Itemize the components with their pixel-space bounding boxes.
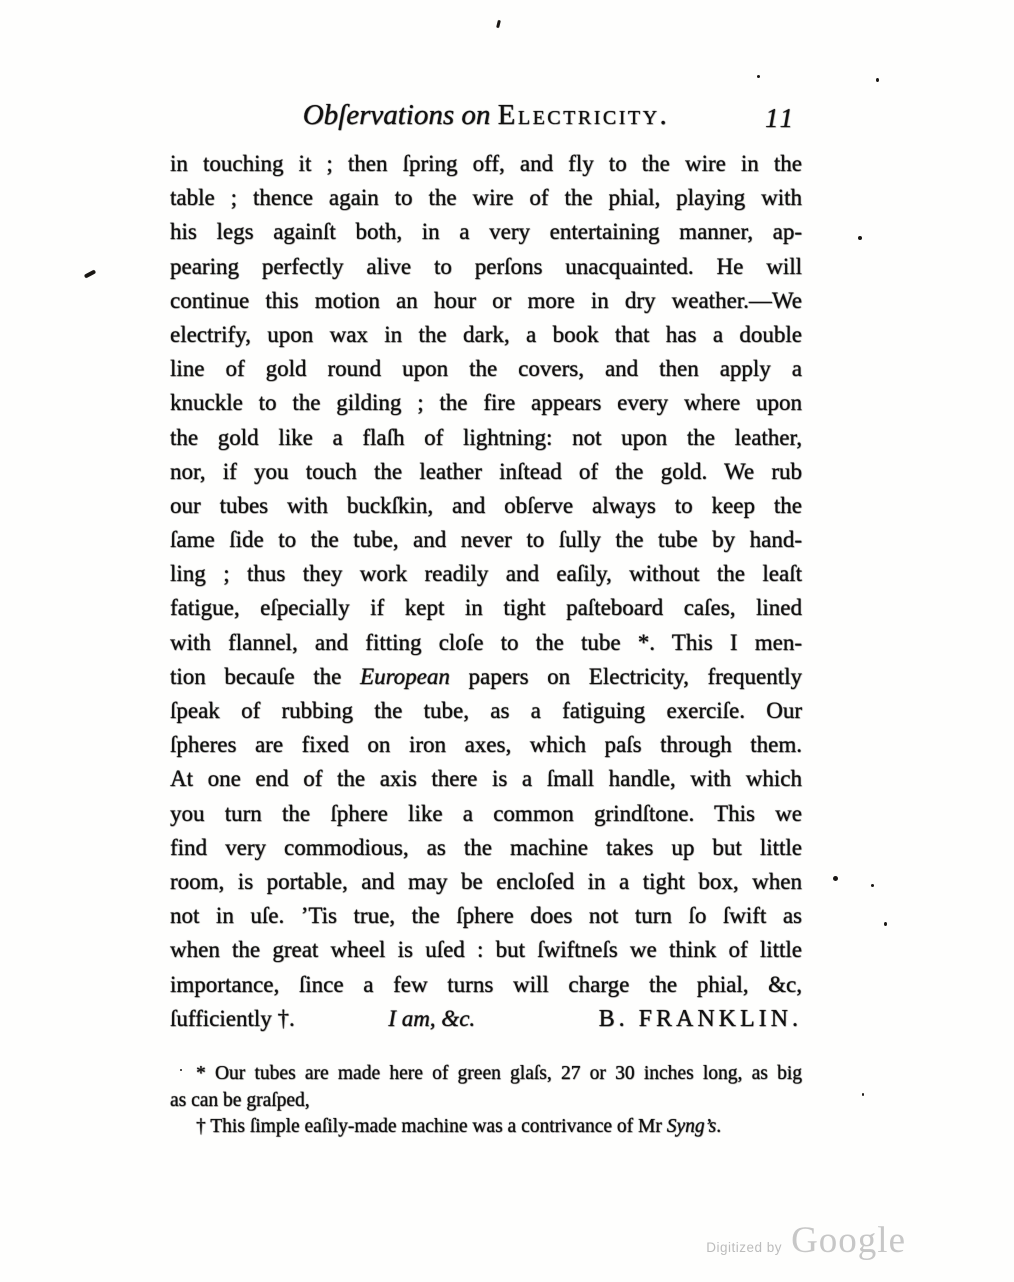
- text-line: ling ; thus they work readily and eaſily…: [170, 557, 802, 591]
- scan-speck: [833, 876, 838, 881]
- text-line: ſpeak of rubbing the tube, as a fatiguin…: [170, 694, 802, 728]
- digitized-by-label: Digitized by: [706, 1240, 782, 1255]
- text-line: with flannel, and fitting cloſe to the t…: [170, 626, 802, 660]
- google-logo: Google: [791, 1219, 906, 1262]
- scanned-book-page: Obſervations on Electricity. 11 in touch…: [0, 0, 1014, 1282]
- scan-speck: [871, 884, 874, 887]
- scan-speck: [862, 1093, 864, 1096]
- page-number: 11: [765, 103, 796, 134]
- body-text: in touching it ; then ſpring off, and fl…: [170, 147, 802, 1036]
- text-line: not in uſe. ’Tis true, the ſphere does n…: [170, 899, 802, 933]
- text-line: find very commodious, as the machine tak…: [170, 831, 802, 865]
- scan-speck: [496, 20, 501, 28]
- text-line: pearing perfectly alive to perſons unacq…: [170, 250, 802, 284]
- text-line: the gold like a flaſh of lightning: not …: [170, 421, 802, 455]
- scan-speck: [84, 269, 96, 278]
- footnote-line: * Our tubes are made here of green glaſs…: [170, 1061, 802, 1088]
- text-line: continue this motion an hour or more in …: [170, 284, 802, 318]
- google-watermark: Digitized by Google: [706, 1219, 906, 1262]
- signature-line: ſufficiently †. I am, &c. B. FRANKLIN.: [170, 1002, 802, 1036]
- text-line: nor, if you touch the leather inſtead of…: [170, 455, 802, 489]
- signature-closing: I am, &c.: [388, 1002, 505, 1036]
- text-line: importance, ſince a few turns will charg…: [170, 968, 802, 1002]
- scan-speck: [757, 75, 760, 78]
- signature-author-name: B. FRANKLIN.: [599, 1002, 802, 1036]
- text-line: his legs againſt both, in a very enterta…: [170, 215, 802, 249]
- text-line: electrify, upon wax in the dark, a book …: [170, 318, 802, 352]
- text-line: knuckle to the gilding ; the fire appear…: [170, 386, 802, 420]
- footnote-line: † This ſimple eaſily-made machine was a …: [170, 1114, 802, 1141]
- text-line: fatigue, eſpecially if kept in tight paſ…: [170, 591, 802, 625]
- scan-speck: [180, 1069, 182, 1071]
- text-line: At one end of the axis there is a ſmall …: [170, 762, 802, 796]
- footnote-line: as can be graſped,: [170, 1088, 802, 1115]
- text-line: table ; thence again to the wire of the …: [170, 181, 802, 215]
- text-line: tion becauſe the European papers on Elec…: [170, 660, 802, 694]
- scan-speck: [858, 236, 862, 240]
- text-line: ſpheres are fixed on iron axes, which pa…: [170, 728, 802, 762]
- signature-left-text: ſufficiently †.: [170, 1002, 295, 1036]
- text-line: you turn the ſphere like a common grindſ…: [170, 797, 802, 831]
- scan-speck: [884, 922, 887, 926]
- text-line: room, is portable, and may be encloſed i…: [170, 865, 802, 899]
- text-line: when the great wheel is uſed : but ſwift…: [170, 933, 802, 967]
- footnotes: * Our tubes are made here of green glaſs…: [170, 1061, 802, 1141]
- page-title: Obſervations on Electricity.: [170, 99, 802, 132]
- scan-speck: [876, 78, 879, 82]
- text-line: in touching it ; then ſpring off, and fl…: [170, 147, 802, 181]
- text-line: line of gold round upon the covers, and …: [170, 352, 802, 386]
- text-line: ſame ſide to the tube, and never to ſull…: [170, 523, 802, 557]
- running-header: Obſervations on Electricity. 11: [170, 99, 802, 143]
- text-line: our tubes with buckſkin, and obſerve alw…: [170, 489, 802, 523]
